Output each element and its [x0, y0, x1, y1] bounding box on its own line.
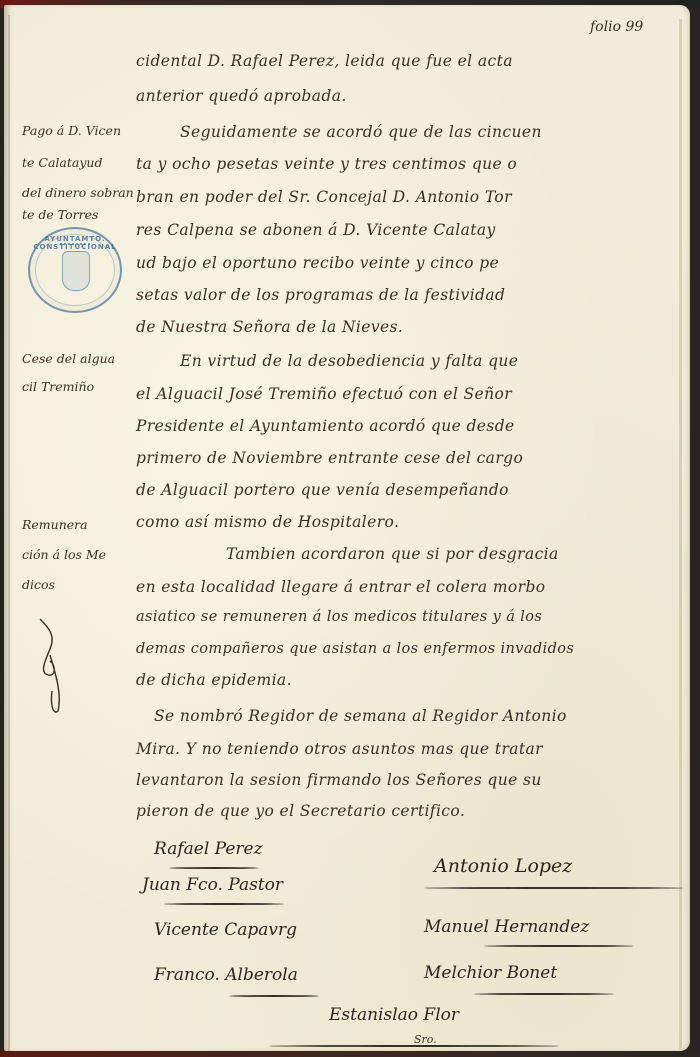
body-line: levantaron la sesion firmando los Señore… [136, 771, 542, 789]
body-line: bran en poder del Sr. Concejal D. Antoni… [136, 188, 512, 206]
body-line: Mira. Y no teniendo otros asuntos mas qu… [136, 740, 543, 758]
coat-of-arms-icon [62, 251, 90, 291]
signature-flourish [484, 945, 634, 947]
signature-juan-pastor: Juan Fco. Pastor [142, 875, 283, 895]
body-line: res Calpena se abonen á D. Vicente Calat… [136, 221, 496, 239]
body-line: Se nombró Regidor de semana al Regidor A… [154, 707, 567, 725]
signature-flourish [229, 995, 319, 997]
signature-flourish [269, 1045, 559, 1047]
signature-flourish [474, 993, 614, 995]
body-line: pieron de que yo el Secretario certifico… [136, 802, 465, 820]
binding-gutter [8, 15, 10, 1055]
body-line: Presidente el Ayuntamiento acordó que de… [136, 417, 515, 435]
body-line: Seguidamente se acordó que de las cincue… [180, 123, 542, 141]
signature-flourish [169, 867, 259, 869]
body-line: Tambien acordaron que si por desgracia [226, 545, 559, 563]
body-line: como así mismo de Hospitalero. [136, 513, 399, 531]
body-line: anterior quedó aprobada. [136, 87, 347, 105]
manuscript-page: folio 99 cidental D. Rafael Perez, leida… [4, 5, 690, 1051]
body-line: el Alguacil José Tremiño efectuó con el … [136, 385, 512, 403]
body-line: ta y ocho pesetas veinte y tres centimos… [136, 155, 517, 173]
page-right-edge [679, 19, 682, 1049]
signature-flourish [424, 887, 684, 889]
signature-flourish [164, 903, 284, 905]
municipal-seal-stamp: AYUNTAMTO. CONSTITUCIONAL [28, 227, 122, 313]
signature-rafael-perez: Rafael Perez [154, 839, 263, 859]
signature-vicente: Vicente Capavrg [154, 920, 297, 940]
signature-secretary: Estanislao Flor [329, 1005, 459, 1025]
body-line: cidental D. Rafael Perez, leida que fue … [136, 52, 513, 70]
book-bottom-edge [0, 1051, 700, 1057]
folio-number: folio 99 [590, 19, 643, 35]
body-line: ud bajo el oportuno recibo veinte y cinc… [136, 254, 499, 272]
body-line: asiatico se remuneren á los medicos titu… [136, 609, 542, 625]
body-line: en esta localidad llegare á entrar el co… [136, 578, 546, 596]
signature-melchior-bonet: Melchior Bonet [424, 963, 557, 983]
body-line: primero de Noviembre entrante cese del c… [136, 449, 523, 467]
body-line: En virtud de la desobediencia y falta qu… [180, 352, 518, 370]
signature-antonio-lopez: Antonio Lopez [434, 855, 572, 877]
body-line: demas compañeros que asistan a los enfer… [136, 641, 574, 657]
body-line: de dicha epidemia. [136, 671, 292, 689]
body-line: de Nuestra Señora de la Nieves. [136, 318, 403, 336]
body-line: de Alguacil portero que venía desempeñan… [136, 481, 509, 499]
signature-francisco-alberola: Franco. Alberola [154, 965, 298, 985]
rubric-paraph-icon [34, 615, 74, 715]
body-line: setas valor de los programas de la festi… [136, 286, 505, 304]
signature-manuel-hernandez: Manuel Hernandez [424, 917, 589, 937]
